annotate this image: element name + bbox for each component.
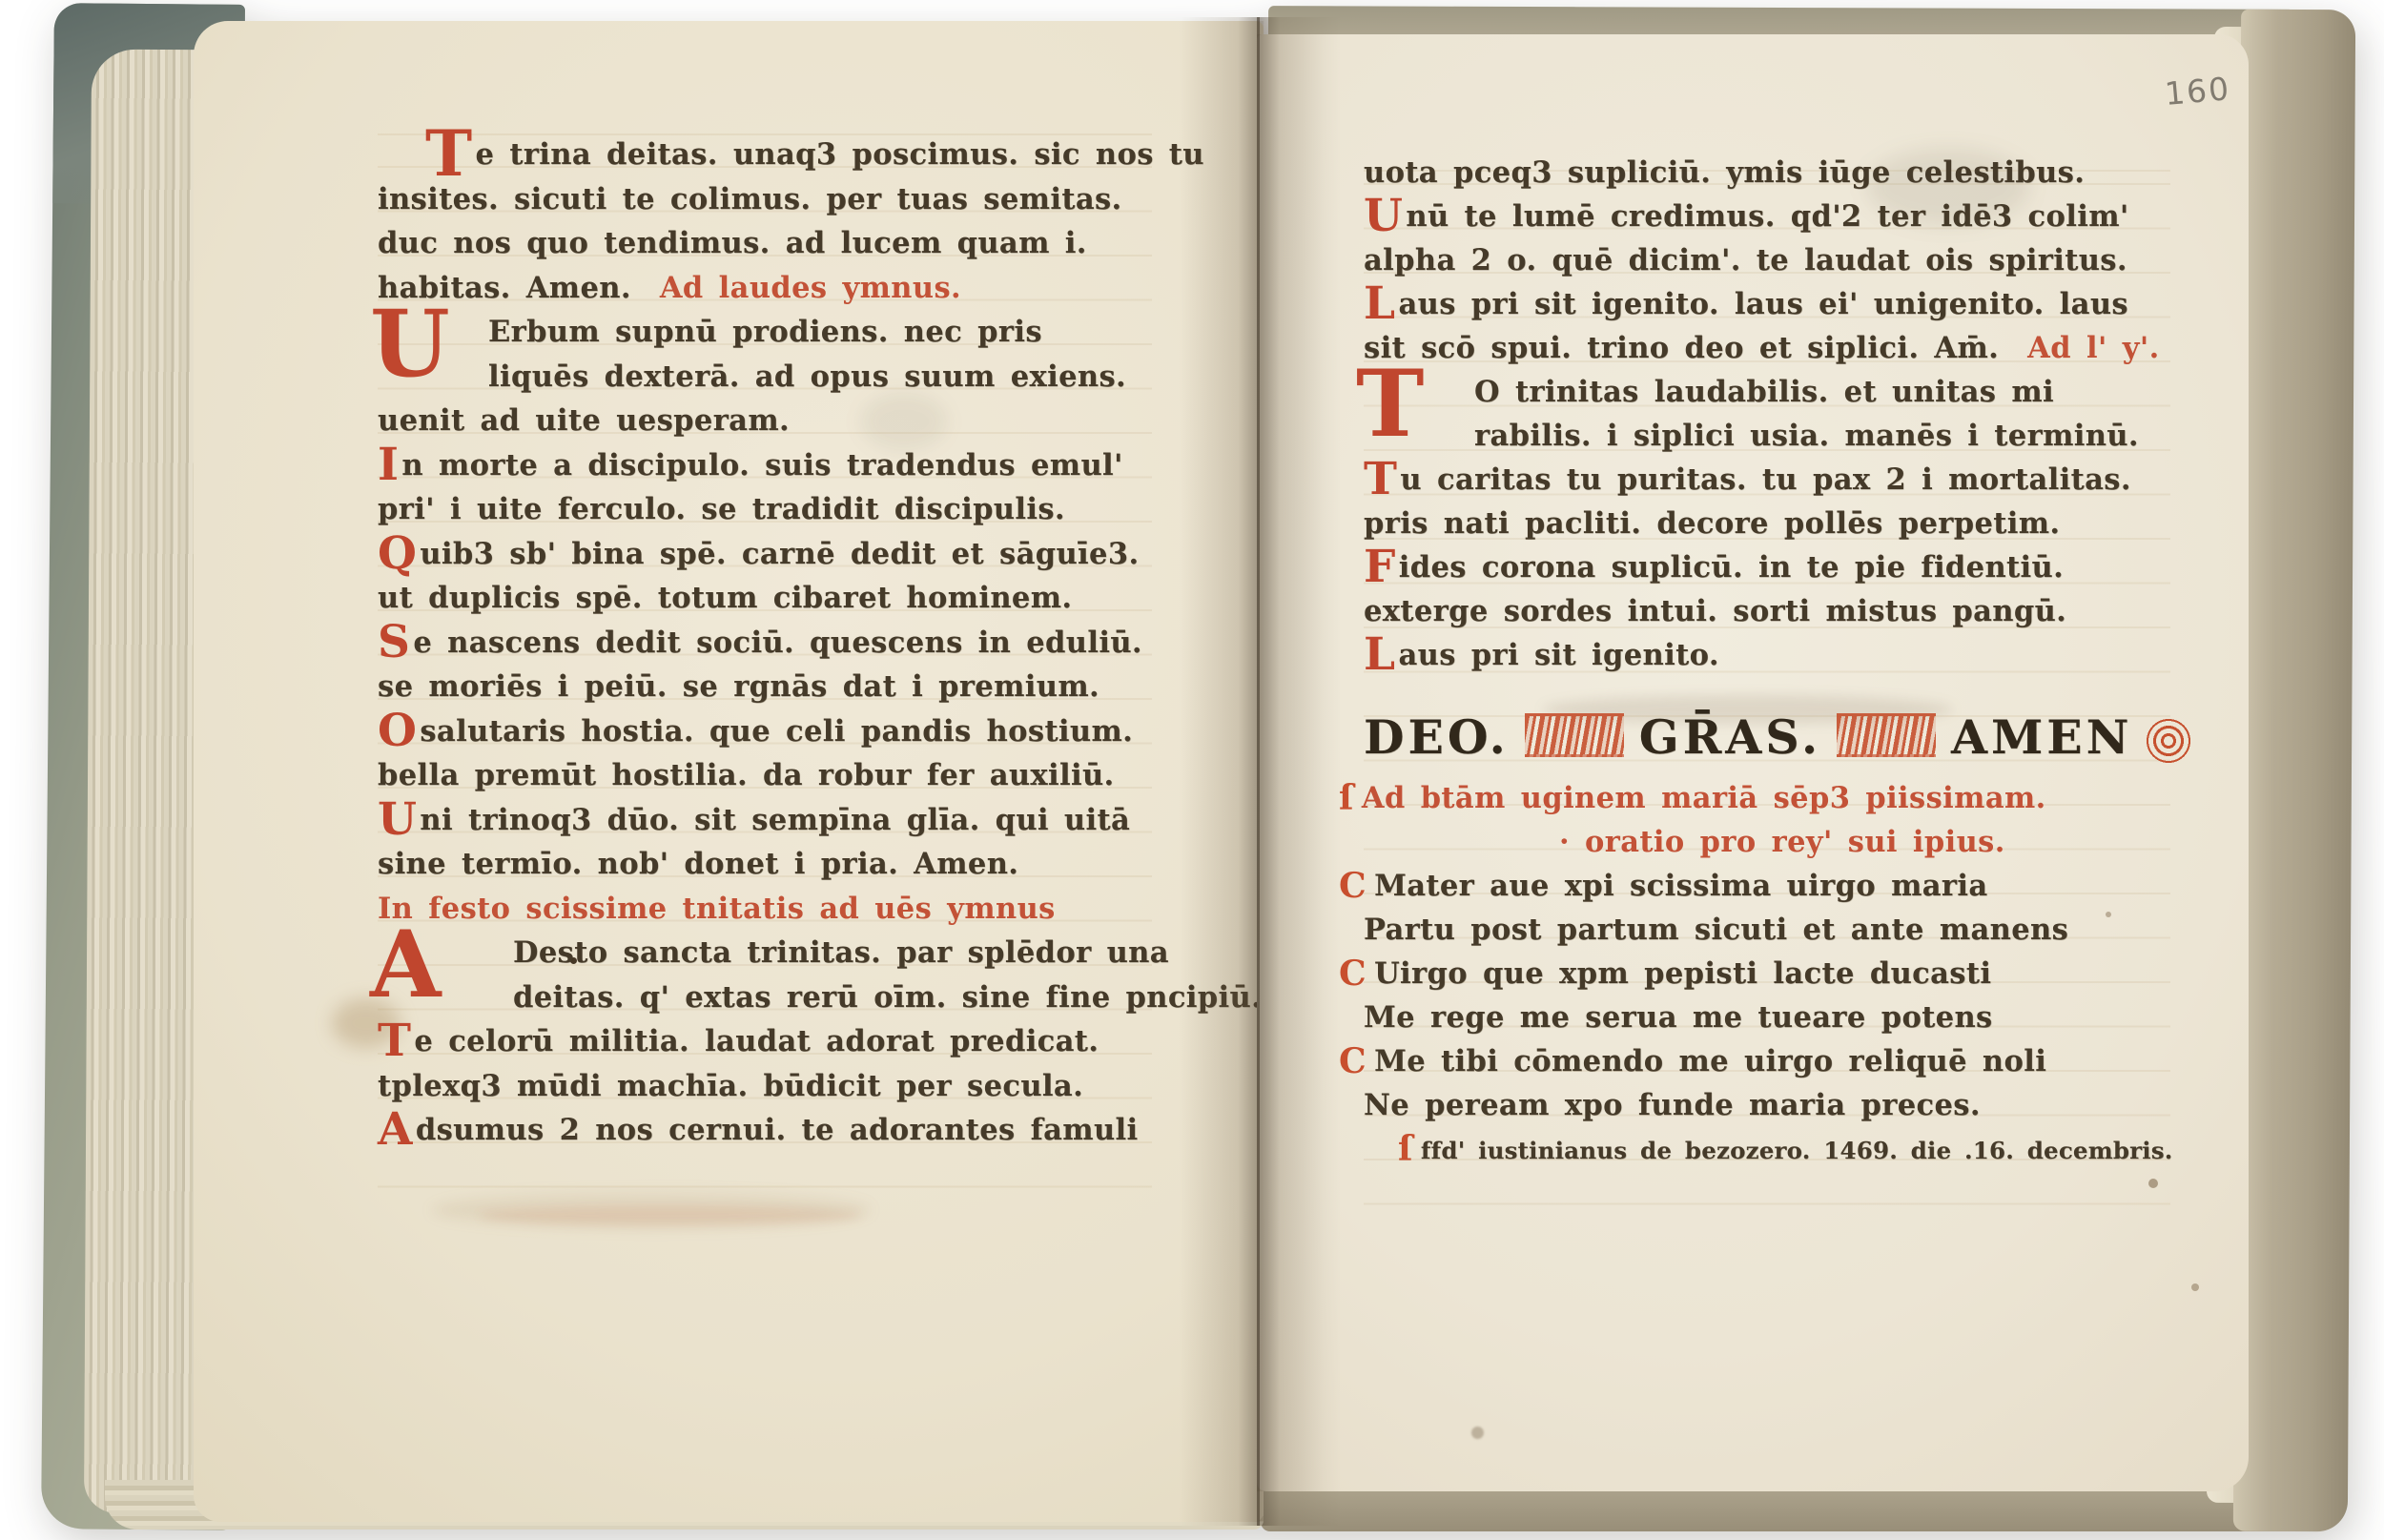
paraph-mark: ſ (1398, 1129, 1413, 1169)
manuscript-line: exterge sordes intui. sorti mistus pangū… (1364, 589, 2170, 633)
line-text: ni trinoq3 dūo. sit sempīna glīa. qui ui… (420, 803, 1130, 837)
illuminated-initial: L (1364, 628, 1395, 681)
manuscript-line: bella premūt hostilia. da robur fer auxi… (378, 753, 1152, 798)
manuscript-line: uota pceq3 supliciū. ymis iūge celestibu… (1364, 151, 2170, 195)
line-text: pri' i uite ferculo. se tradidit discipu… (378, 492, 1065, 526)
manuscript-line: tplexq3 mūdi machīa. būdicit per secula. (378, 1064, 1152, 1109)
line-text: exterge sordes intui. sorti mistus pangū… (1364, 594, 2066, 628)
line-text: Uirgo que xpm pepisti lacte ducasti (1374, 956, 1991, 991)
manuscript-line: Laus pri sit igenito. (1364, 633, 2170, 677)
line-text: O trinitas laudabilis. et unitas mi (1474, 375, 2054, 409)
left-page-text: Te trina deitas. unaq3 poscimus. sic nos… (378, 132, 1152, 1228)
manuscript-line: Quib3 sb' bina spē. carnē dedit et sāguī… (378, 532, 1152, 577)
manuscript-line: habitas. Amen.Ad laudes ymnus. (378, 266, 1152, 311)
line-text: · oratio pro rey' sui ipius. (1559, 825, 2005, 859)
manuscript-line: rabilis. i siplici usia. manēs i terminū… (1364, 414, 2170, 458)
illuminated-initial: O (378, 705, 417, 757)
deo-gratias-line: DEO.GR̄AS.AMEN (1364, 706, 2170, 769)
line-text: Ad laudes ymnus. (660, 271, 961, 305)
line-text: e celorū militia. laudat adorat predicat… (414, 1024, 1099, 1058)
manuscript-line: Fides corona suplicū. in te pie fidentiū… (1364, 545, 2170, 589)
manuscript-line: sine termīo. nob' donet i pria. Amen. (378, 842, 1152, 887)
manuscript-line: Partu post partum sicuti et ante manens (1364, 908, 2170, 952)
manuscript-line: Tu caritas tu puritas. tu pax 2 i mortal… (1364, 458, 2170, 502)
illuminated-initial: F (1364, 541, 1396, 593)
rubric-line: · oratio pro rey' sui ipius. (1364, 820, 2170, 864)
line-text: Me tibi cōmendo me uirgo reliquē noli (1374, 1044, 2046, 1078)
line-text: ut duplicis spē. totum cibaret hominem. (378, 581, 1072, 615)
manuscript-line: ADesto sancta trinitas. par splēdor una (378, 931, 1152, 975)
book-cover-right-edge (2233, 10, 2355, 1532)
line-text: pris nati pacliti. decore pollēs perpeti… (1364, 506, 2060, 541)
manuscript-line: Unū te lumē credimus. qd'2 ter idē3 coli… (1364, 195, 2170, 238)
line-text: duc nos quo tendimus. ad lucem quam i. (378, 226, 1087, 260)
rubric-line: In festo scissime tnitatis ad uēs ymnus (378, 887, 1152, 932)
line-text: deitas. q' extas rerū oīm. sine fine pnc… (513, 980, 1262, 1015)
left-page: Te trina deitas. unaq3 poscimus. sic nos… (194, 21, 1264, 1522)
manuscript-line: uenit ad uite uesperam. (378, 399, 1152, 443)
line-text: nū te lumē credimus. qd'2 ter idē3 colim… (1406, 199, 2128, 234)
manuscript-line: deitas. q' extas rerū oīm. sine fine pnc… (378, 975, 1152, 1020)
manuscript-line: Te celorū militia. laudat adorat predica… (378, 1019, 1152, 1064)
line-text: dsumus 2 nos cernui. te adorantes famuli (416, 1113, 1139, 1147)
manuscript-line: Ne peream xpo funde maria preces. (1364, 1083, 2170, 1127)
line-text: sine termīo. nob' donet i pria. Amen. (378, 847, 1018, 881)
manuscript-line: CMe tibi cōmendo me uirgo reliquē noli (1364, 1039, 2170, 1083)
line-text: liquēs dexterā. ad opus suum exiens. (488, 359, 1126, 394)
display-word: DEO. (1364, 709, 1510, 765)
display-word: GR̄AS. (1639, 709, 1821, 765)
line-text: Ne peream xpo funde maria preces. (1364, 1088, 1981, 1122)
red-flourish-icon (2137, 708, 2200, 772)
paraph-mark: C (1339, 954, 1367, 994)
manuscript-line: Se nascens dedit sociū. quescens in edul… (378, 621, 1152, 666)
line-text: sit scō spui. trino deo et siplici. Am̄. (1364, 331, 1999, 365)
folio-number: 160 (2163, 70, 2231, 113)
line-text: alpha 2 o. quē dicim'. te laudat ois spi… (1364, 243, 2127, 277)
paraph-mark: C (1339, 866, 1367, 906)
illuminated-initial: S (378, 616, 410, 668)
paraph-mark: C (1339, 1041, 1367, 1081)
manuscript-line: sit scō spui. trino deo et siplici. Am̄.… (1364, 326, 2170, 370)
red-hatch-ornament (1525, 713, 1624, 757)
line-text: aus pri sit igenito. laus ei' unigenito.… (1398, 287, 2128, 321)
manuscript-line: Te trina deitas. unaq3 poscimus. sic nos… (378, 132, 1152, 177)
manuscript-line: CMater aue xpi scissima uirgo maria (1364, 864, 2170, 908)
colophon-text: ffd' iustinianus de bezozero. 1469. die … (1421, 1137, 2173, 1164)
illuminated-initial: A (378, 1103, 413, 1156)
line-text: rabilis. i siplici usia. manēs i terminū… (1474, 419, 2139, 453)
line-text: Mater aue xpi scissima uirgo maria (1374, 869, 1987, 903)
manuscript-line: pri' i uite ferculo. se tradidit discipu… (378, 487, 1152, 532)
manuscript-line: Osalutaris hostia. que celi pandis hosti… (378, 709, 1152, 754)
line-text: In festo scissime tnitatis ad uēs ymnus (378, 892, 1056, 926)
line-text: Me rege me serua me tueare potens (1364, 1000, 1993, 1035)
manuscript-line: pris nati pacliti. decore pollēs perpeti… (1364, 502, 2170, 545)
line-text: ides corona suplicū. in te pie fidentiū. (1399, 550, 2064, 585)
manuscript-line: TO trinitas laudabilis. et unitas mi (1364, 370, 2170, 414)
line-text: Ad l' y'. (2027, 331, 2159, 365)
illuminated-initial: T (378, 1015, 411, 1067)
manuscript-line: ut duplicis spē. totum cibaret hominem. (378, 576, 1152, 621)
manuscript-line: Adsumus 2 nos cernui. te adorantes famul… (378, 1108, 1152, 1153)
line-text: uib3 sb' bina spē. carnē dedit et sāguīe… (420, 537, 1139, 571)
display-word: AMEN (1951, 709, 2132, 765)
illuminated-initial: I (378, 439, 399, 491)
manuscript-line: CUirgo que xpm pepisti lacte ducasti (1364, 952, 2170, 996)
line-text: Desto sancta trinitas. par splēdor una (513, 935, 1169, 970)
line-text: Ad btām uginem mariā sēp3 piissimam. (1362, 781, 2046, 815)
line-text: se moriēs i peiū. se rgnās dat i premium… (378, 669, 1100, 704)
manuscript-line: se moriēs i peiū. se rgnās dat i premium… (378, 665, 1152, 709)
manuscript-line: duc nos quo tendimus. ad lucem quam i. (378, 221, 1152, 266)
line-text: tplexq3 mūdi machīa. būdicit per secula. (378, 1069, 1083, 1103)
right-page: 160 uota pceq3 supliciū. ymis iūge celes… (1257, 34, 2249, 1491)
line-text: Erbum supnū prodiens. nec pris (488, 315, 1042, 349)
illuminated-initial: U (378, 793, 417, 846)
illuminated-initial: L (1364, 277, 1395, 330)
line-text: aus pri sit igenito. (1398, 638, 1718, 672)
line-text: e nascens dedit sociū. quescens in eduli… (413, 626, 1142, 660)
line-text: u caritas tu puritas. tu pax 2 i mortali… (1400, 462, 2131, 497)
paraph-mark: ſ (1339, 778, 1354, 818)
line-text: uota pceq3 supliciū. ymis iūge celestibu… (1364, 155, 2085, 190)
line-text: insites. sicuti te colimus. per tuas sem… (378, 182, 1122, 216)
red-hatch-ornament (1837, 713, 1936, 757)
illuminated-initial: Q (378, 527, 417, 580)
right-page-text: uota pceq3 supliciū. ymis iūge celestibu… (1364, 151, 2170, 1228)
ink-spot (1471, 1427, 1484, 1439)
rubric-line: ſAd btām uginem mariā sēp3 piissimam. (1364, 776, 2170, 820)
manuscript-line: Laus pri sit igenito. laus ei' unigenito… (1364, 282, 2170, 326)
manuscript-line: alpha 2 o. quē dicim'. te laudat ois spi… (1364, 238, 2170, 282)
illuminated-initial: U (1364, 190, 1403, 242)
line-text: salutaris hostia. que celi pandis hostiu… (420, 714, 1133, 749)
line-text: Partu post partum sicuti et ante manens (1364, 913, 2068, 947)
colophon-line: ſffd' iustinianus de bezozero. 1469. die… (1364, 1127, 2170, 1173)
manuscript-line: UErbum supnū prodiens. nec pris (378, 310, 1152, 355)
manuscript-line: In morte a discipulo. suis tradendus emu… (378, 443, 1152, 488)
book-gutter-shadow (1181, 17, 1341, 1526)
manuscript-line: Uni trinoq3 dūo. sit sempīna glīa. qui u… (378, 798, 1152, 843)
ink-spot (2191, 1283, 2199, 1291)
line-text: bella premūt hostilia. da robur fer auxi… (378, 758, 1115, 792)
manuscript-line: Me rege me serua me tueare potens (1364, 996, 2170, 1039)
line-text: e trina deitas. unaq3 poscimus. sic nos … (476, 137, 1204, 172)
manuscript-line: insites. sicuti te colimus. per tuas sem… (378, 177, 1152, 222)
line-text: n morte a discipulo. suis tradendus emul… (401, 448, 1122, 483)
manuscript-line: liquēs dexterā. ad opus suum exiens. (378, 355, 1152, 400)
line-text: uenit ad uite uesperam. (378, 403, 790, 438)
illuminated-initial: T (1364, 453, 1397, 505)
manuscript-book: Te trina deitas. unaq3 poscimus. sic nos… (0, 0, 2384, 1540)
